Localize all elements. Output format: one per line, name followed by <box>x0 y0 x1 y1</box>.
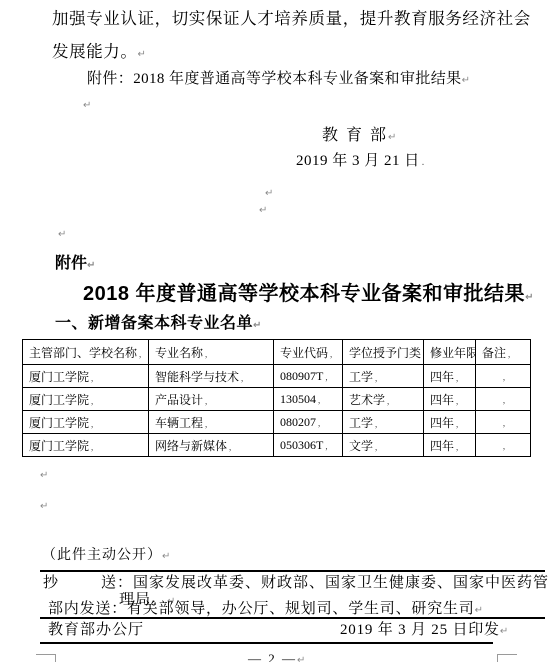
text-boundary-corner-mark-right-icon <box>497 654 517 662</box>
paragraph-mark-icon: ↵ <box>265 188 273 199</box>
paragraph-mark-icon: ↵ <box>475 605 484 616</box>
cell-mark-icon: , <box>205 349 207 359</box>
table-row: 厦门工学院, 车辆工程, 080207, 工学, 四年, , <box>23 411 531 434</box>
cell-mark-icon: , <box>508 349 510 359</box>
cell-text: 四年 <box>430 393 454 407</box>
cell-mark-icon: , <box>503 418 505 428</box>
attachment-reference-text: 附件：2018 年度普通高等学校本科专业备案和审批结果 <box>87 71 462 87</box>
majors-table: 主管部门、学校名称, 专业名称, 专业代码, 学位授予门类, 修业年限, 备注,… <box>22 339 531 457</box>
cell-mark-icon: , <box>456 442 458 452</box>
table-row: 厦门工学院, 智能科学与技术, 080907T, 工学, 四年, , <box>23 365 531 388</box>
table-header-row: 主管部门、学校名称, 专业名称, 专业代码, 学位授予门类, 修业年限, 备注, <box>23 340 531 365</box>
header-text: 修业年限 <box>430 346 476 360</box>
cell-text: 工学 <box>349 370 373 384</box>
text-boundary-corner-mark-left-icon <box>36 654 56 662</box>
header-text: 主管部门、学校名称 <box>29 346 137 360</box>
table-cell: , <box>476 365 531 388</box>
paragraph-mark-icon: ↵ <box>388 132 398 143</box>
table-cell: 080207, <box>274 411 343 434</box>
cell-text: 厦门工学院 <box>29 439 89 453</box>
cell-mark-icon: , <box>503 372 505 382</box>
cell-mark-icon: , <box>456 396 458 406</box>
table-cell: 厦门工学院, <box>23 434 149 457</box>
cell-mark-icon: , <box>456 373 458 383</box>
cell-mark-icon: , <box>229 442 231 452</box>
paragraph-mark-icon: ↵ <box>83 100 91 111</box>
paragraph-mark-icon: ↵ <box>40 501 48 512</box>
table-cell: 四年, <box>424 411 476 434</box>
cell-text: 艺术学 <box>349 393 385 407</box>
table-cell: 产品设计, <box>149 388 274 411</box>
cell-text: 工学 <box>349 416 373 430</box>
cell-mark-icon: , <box>456 419 458 429</box>
table-cell: 工学, <box>343 411 424 434</box>
cell-text: 产品设计 <box>155 393 203 407</box>
paragraph-mark-icon: ↵ <box>525 292 534 303</box>
paragraph-mark-icon: ↵ <box>259 205 267 216</box>
cell-mark-icon: , <box>387 396 389 406</box>
paragraph-mark-icon: ↵ <box>162 551 171 562</box>
section-heading-text: 一、新增备案本科专业名单 <box>55 315 253 332</box>
table-cell: , <box>476 388 531 411</box>
cell-mark-icon: , <box>91 373 93 383</box>
cell-text: 文学 <box>349 439 373 453</box>
document-page: 加强专业认证，切实保证人才培养质量，提升教育服务经济社会 发展能力。↵ 附件：2… <box>0 0 554 662</box>
table-cell: 080907T, <box>274 365 343 388</box>
table-row: 厦门工学院, 网络与新媒体, 050306T, 文学, 四年, , <box>23 434 531 457</box>
sign-date: 2019 年 3 月 21 日. <box>296 154 425 169</box>
table-row: 厦门工学院, 产品设计, 130504, 艺术学, 四年, , <box>23 388 531 411</box>
table-cell: 四年, <box>424 434 476 457</box>
table-cell: 050306T, <box>274 434 343 457</box>
table-cell: 四年, <box>424 365 476 388</box>
header-cell: 专业名称, <box>149 340 274 365</box>
attachment-reference-line: 附件：2018 年度普通高等学校本科专业备案和审批结果↵ <box>87 72 470 87</box>
cell-text: 智能科学与技术 <box>155 370 239 384</box>
cell-text: 四年 <box>430 416 454 430</box>
table-cell: 智能科学与技术, <box>149 365 274 388</box>
public-disclosure-text: （此件主动公开） <box>42 548 162 563</box>
paragraph-mark-icon: ↵ <box>58 229 66 240</box>
header-cell: 修业年限, <box>424 340 476 365</box>
paragraph-mark-icon: ↵ <box>87 260 95 271</box>
cell-mark-icon: , <box>241 373 243 383</box>
print-date-text: 2019 年 3 月 25 日印发 <box>340 622 500 638</box>
table-cell: 厦门工学院, <box>23 411 149 434</box>
cell-text: 厦门工学院 <box>29 416 89 430</box>
table-cell: 四年, <box>424 388 476 411</box>
cell-text: 050306T <box>280 438 323 452</box>
cell-mark-icon: , <box>325 372 327 382</box>
cell-mark-icon: , <box>205 396 207 406</box>
table-cell: 厦门工学院, <box>23 388 149 411</box>
header-text: 专业名称 <box>155 346 203 360</box>
cc-recipients-line-1: 送：国家发展改革委、财政部、国家卫生健康委、国家中医药管 <box>101 576 549 591</box>
cell-mark-icon: , <box>375 373 377 383</box>
internal-distribution-line: 部内发送：有关部领导，办公厅、规划司、学生司、研究生司↵ <box>48 602 484 617</box>
paragraph-mark-icon: ↵ <box>253 320 262 331</box>
header-text: 备注 <box>482 346 506 360</box>
public-disclosure-note: （此件主动公开）↵ <box>42 549 171 563</box>
body-text: 发展能力。 <box>52 42 138 61</box>
print-date: 2019 年 3 月 25 日印发↵ <box>340 623 509 638</box>
attachment-title: 2018 年度普通高等学校本科专业备案和审批结果↵ <box>83 284 534 304</box>
page-number: — 2 —↵ <box>248 652 307 662</box>
issuing-office: 教育部办公厅 <box>48 623 144 638</box>
table-cell: 工学, <box>343 365 424 388</box>
header-cell: 备注, <box>476 340 531 365</box>
paragraph-mark-icon: ↵ <box>297 655 307 662</box>
footer-divider-top <box>40 570 545 572</box>
cell-text: 130504 <box>280 392 316 406</box>
cell-mark-icon: , <box>318 395 320 405</box>
body-text-line-2: 发展能力。↵ <box>52 44 146 61</box>
table-cell: 艺术学, <box>343 388 424 411</box>
attachment-title-text: 2018 年度普通高等学校本科专业备案和审批结果 <box>83 283 525 305</box>
cell-mark-icon: , <box>91 442 93 452</box>
cell-mark-icon: , <box>375 442 377 452</box>
cell-mark-icon: , <box>91 419 93 429</box>
cell-mark-icon: , <box>330 349 332 359</box>
header-cell: 学位授予门类, <box>343 340 424 365</box>
cell-text: 厦门工学院 <box>29 370 89 384</box>
table-cell: , <box>476 434 531 457</box>
signer-name: 教 育 部↵ <box>322 128 398 144</box>
table-cell: 文学, <box>343 434 424 457</box>
paragraph-mark-icon: ↵ <box>462 75 471 86</box>
header-cell: 主管部门、学校名称, <box>23 340 149 365</box>
footer-divider-middle <box>40 617 545 619</box>
sign-date-text: 2019 年 3 月 21 日 <box>296 153 420 169</box>
cell-text: 四年 <box>430 370 454 384</box>
cell-text: 四年 <box>430 439 454 453</box>
cell-mark-icon: , <box>503 441 505 451</box>
cell-mark-icon: , <box>318 418 320 428</box>
cell-mark-icon: , <box>205 419 207 429</box>
page-number-text: — 2 — <box>248 651 297 662</box>
attachment-label: 附件↵ <box>55 256 95 272</box>
cell-mark-icon: , <box>375 419 377 429</box>
table-cell: 厦门工学院, <box>23 365 149 388</box>
body-text-line-1: 加强专业认证，切实保证人才培养质量，提升教育服务经济社会 <box>52 11 531 28</box>
cell-mark-icon: , <box>325 441 327 451</box>
cell-text: 车辆工程 <box>155 416 203 430</box>
cell-text: 厦门工学院 <box>29 393 89 407</box>
paragraph-mark-icon: ↵ <box>500 626 509 637</box>
table-cell: 130504, <box>274 388 343 411</box>
cell-mark-icon: , <box>503 395 505 405</box>
cell-mark-icon: , <box>91 396 93 406</box>
cell-text: 080907T <box>280 369 323 383</box>
header-text: 学位授予门类 <box>349 346 421 360</box>
paragraph-mark-icon: ↵ <box>138 49 147 60</box>
footer-divider-bottom <box>40 642 493 644</box>
cell-mark-icon: , <box>139 349 141 359</box>
period-mark-icon: . <box>422 157 425 168</box>
signer-text: 教 育 部 <box>322 127 388 144</box>
cc-label: 抄 <box>43 576 58 591</box>
table-cell: , <box>476 411 531 434</box>
paragraph-mark-icon: ↵ <box>40 470 48 481</box>
attachment-label-text: 附件 <box>55 255 87 272</box>
cell-text: 网络与新媒体 <box>155 439 227 453</box>
cell-text: 080207 <box>280 415 316 429</box>
section-heading: 一、新增备案本科专业名单↵ <box>55 316 262 332</box>
table-cell: 车辆工程, <box>149 411 274 434</box>
header-cell: 专业代码, <box>274 340 343 365</box>
table-cell: 网络与新媒体, <box>149 434 274 457</box>
header-text: 专业代码 <box>280 346 328 360</box>
internal-distribution-text: 部内发送：有关部领导，办公厅、规划司、学生司、研究生司 <box>48 601 475 617</box>
